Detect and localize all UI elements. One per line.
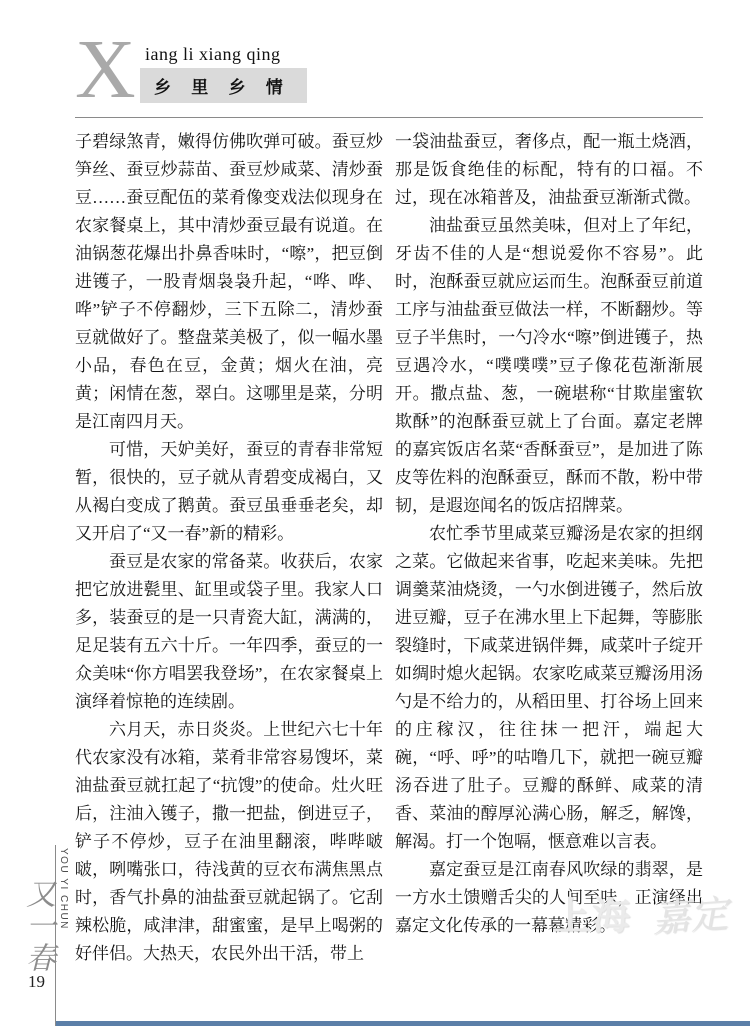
- right-paragraph-2: 油盐蚕豆虽然美味，但对上了年纪，牙齿不佳的人是“想说爱你不容易”。此时，泡酥蚕豆…: [395, 212, 703, 520]
- sidebar-pinyin-label: YOU YI CHUN: [58, 848, 69, 930]
- watermark-shanghai: 上海: [552, 896, 632, 938]
- article-column-left: 子碧绿煞青，嫩得仿佛吹弹可破。蚕豆炒笋丝、蚕豆炒蒜苗、蚕豆炒咸菜、清炒蚕豆……蚕…: [75, 128, 383, 968]
- header-divider: [75, 117, 703, 118]
- header-pinyin: iang li xiang qing: [145, 44, 280, 65]
- left-paragraph-4: 六月天，赤日炎炎。上世纪六七十年代农家没有冰箱，菜肴非常容易馊坏，菜油盐蚕豆就扛…: [75, 716, 383, 968]
- right-paragraph-3: 农忙季节里咸菜豆瓣汤是农家的担纲之菜。它做起来省事，吃起来美味。先把调羹菜油烧烫…: [395, 520, 703, 856]
- page-header: X iang li xiang qing 乡 里 乡 情: [75, 42, 705, 120]
- magazine-page: X iang li xiang qing 乡 里 乡 情 子碧绿煞青，嫩得仿佛吹…: [0, 0, 750, 1026]
- page-number: 19: [28, 972, 45, 992]
- section-title: 乡 里 乡 情: [140, 68, 307, 103]
- left-paragraph-1: 子碧绿煞青，嫩得仿佛吹弹可破。蚕豆炒笋丝、蚕豆炒蒜苗、蚕豆炒咸菜、清炒蚕豆……蚕…: [75, 128, 383, 436]
- sidebar-divider: [55, 845, 56, 1026]
- right-paragraph-1: 一袋油盐蚕豆，奢侈点，配一瓶土烧酒，那是饭食绝佳的标配，特有的口福。不过，现在冰…: [395, 128, 703, 212]
- publisher-watermark: 上海 嘉定: [552, 895, 750, 939]
- left-paragraph-3: 蚕豆是农家的常备菜。收获后，农家把它放进甏里、缸里或袋子里。我家人口多，装蚕豆的…: [75, 548, 383, 716]
- left-paragraph-2: 可惜，天妒美好，蚕豆的青春非常短暂，很快的，豆子就从青碧变成褐白，又从褐白变成了…: [75, 436, 383, 548]
- watermark-jiading: 嘉定: [650, 892, 729, 941]
- bottom-accent-bar: [56, 1021, 750, 1026]
- article-column-right: 一袋油盐蚕豆，奢侈点，配一瓶土烧酒，那是饭食绝佳的标配，特有的口福。不过，现在冰…: [395, 128, 703, 968]
- sidebar-column-title: 又一春: [22, 878, 54, 974]
- drop-cap-letter: X: [75, 28, 136, 112]
- article-body: 子碧绿煞青，嫩得仿佛吹弹可破。蚕豆炒笋丝、蚕豆炒蒜苗、蚕豆炒咸菜、清炒蚕豆……蚕…: [75, 128, 703, 968]
